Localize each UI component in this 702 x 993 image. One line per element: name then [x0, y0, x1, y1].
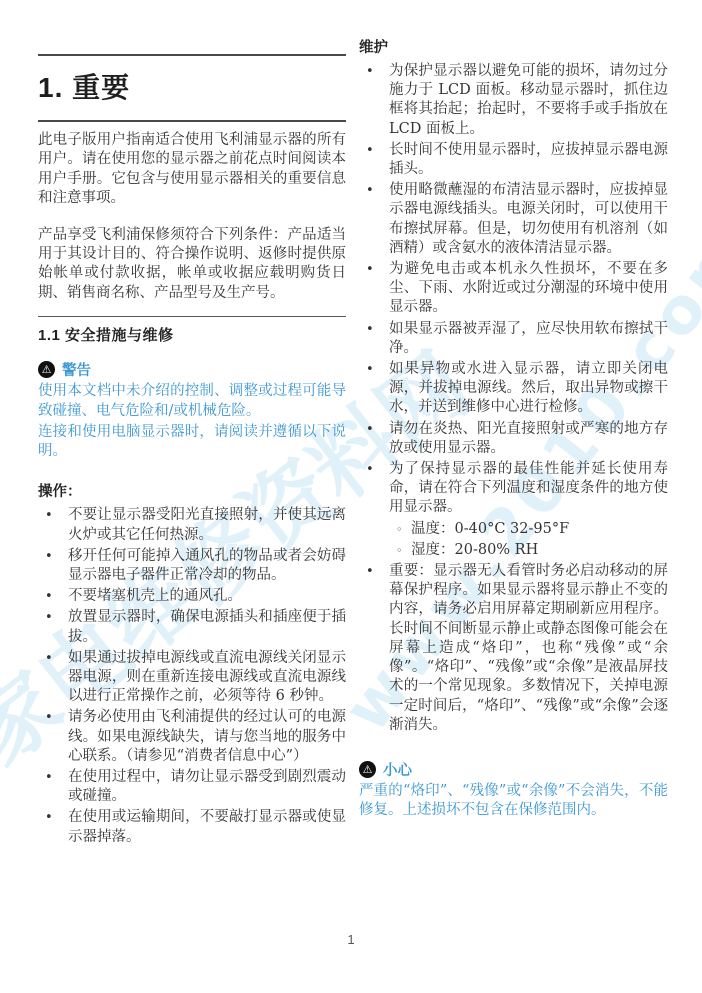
- list-item: 使用略微蘸湿的布清洁显示器时，应拔掉显示器电源线插头。电源关闭时，可以使用干布擦…: [359, 181, 668, 258]
- list-item: 如果通过拔掉电源线或直流电源线关闭显示器电源，则在重新连接电源线或直流电源线以进…: [38, 649, 346, 707]
- list-item-text: 请务必使用由飞利浦提供的经过认可的电源线。如果电源线缺失，请与您当地的服务中心联…: [68, 708, 346, 766]
- list-item-text: 移开任何可能掉入通风孔的物品或者会妨碍显示器电子器件正常冷却的物品。: [68, 547, 346, 585]
- list-item: 为了保持显示器的最佳性能并延长使用寿命，请在符合下列温度和湿度条件的地方使用显示…: [359, 460, 668, 518]
- list-item: 在使用或运输期间，不要敲打显示器或使显示器掉落。: [38, 808, 346, 846]
- bullet-marker: [359, 460, 389, 518]
- list-item: 在使用过程中，请勿让显示器受到剧烈震动或碰撞。: [38, 768, 346, 806]
- manual-page: 家电维修资料网 www.2010.com 1. 重要 此电子版用户指南适合使用飞…: [0, 0, 702, 993]
- list-item-text: 放置显示器时，确保电源插头和插座便于插拔。: [68, 608, 346, 646]
- list-item-text: 如果异物或水进入显示器，请立即关闭电源，并拔掉电源线。然后，取出异物或擦干水，并…: [389, 360, 668, 418]
- operation-heading: 操作：: [38, 480, 346, 501]
- right-column: 维护 为保护显示器以避免可能的损坏，请勿过分施力于 LCD 面板。移动显示器时，…: [359, 36, 668, 821]
- bullet-marker: [359, 320, 389, 358]
- list-item: 不要让显示器受阳光直接照射，并使其远离火炉或其它任何热源。: [38, 506, 346, 544]
- bullet-marker: [38, 808, 68, 846]
- bullet-marker: [359, 420, 389, 458]
- bullet-marker: [38, 708, 68, 766]
- list-item: 请务必使用由飞利浦提供的经过认可的电源线。如果电源线缺失，请与您当地的服务中心联…: [38, 708, 346, 766]
- chapter-title: 1. 重要: [38, 66, 346, 106]
- bullet-marker: [359, 562, 389, 735]
- caution-header: ⚠ 小心: [359, 759, 668, 780]
- warranty-paragraph: 产品享受飞利浦保修须符合下列条件：产品适当用于其设计目的、符合操作说明、返修时提…: [38, 226, 346, 304]
- list-item-text: 在使用或运输期间，不要敲打显示器或使显示器掉落。: [68, 808, 346, 846]
- list-item: 请勿在炎热、阳光直接照射或严寒的地方存放或使用显示器。: [359, 420, 668, 458]
- humidity-text: 湿度：20-80% RH: [411, 541, 668, 560]
- sub-bullet-marker: [389, 541, 411, 560]
- warning-label: 警告: [62, 359, 91, 380]
- list-item-text: 为了保持显示器的最佳性能并延长使用寿命，请在符合下列温度和湿度条件的地方使用显示…: [389, 460, 668, 518]
- list-item-text: 使用略微蘸湿的布清洁显示器时，应拔掉显示器电源线插头。电源关闭时，可以使用干布擦…: [389, 181, 668, 258]
- intro-paragraph: 此电子版用户指南适合使用飞利浦显示器的所有用户。请在使用您的显示器之前花点时间阅…: [38, 131, 346, 209]
- bullet-marker: [38, 608, 68, 646]
- list-item: 如果显示器被弄湿了，应尽快用软布擦拭干净。: [359, 320, 668, 358]
- important-text: 重要：显示器无人看管时务必启动移动的屏幕保护程序。如果显示器将显示静止不变的内容…: [389, 562, 668, 735]
- warning-text: 连接和使用电脑显示器时，请阅读并遵循以下说明。: [38, 423, 346, 462]
- caution-label: 小心: [383, 759, 412, 780]
- list-item-text: 请勿在炎热、阳光直接照射或严寒的地方存放或使用显示器。: [389, 420, 668, 458]
- page-number: 1: [0, 932, 702, 947]
- bullet-marker: [38, 506, 68, 544]
- list-item: 放置显示器时，确保电源插头和插座便于插拔。: [38, 608, 346, 646]
- bullet-marker: [359, 181, 389, 258]
- list-item-text: 不要堵塞机壳上的通风孔。: [68, 587, 346, 606]
- humidity-item: 湿度：20-80% RH: [359, 541, 668, 560]
- temperature-item: 温度：0-40°C 32-95°F: [359, 520, 668, 539]
- list-item-text: 长时间不使用显示器时，应拔掉显示器电源插头。: [389, 141, 668, 179]
- bullet-marker: [359, 62, 389, 139]
- list-item: 为避免电击或本机永久性损坏，不要在多尘、下雨、水附近或过分潮湿的环境中使用显示器…: [359, 260, 668, 318]
- bullet-marker: [38, 649, 68, 707]
- operation-list: 不要让显示器受阳光直接照射，并使其远离火炉或其它任何热源。 移开任何可能掉入通风…: [38, 506, 346, 846]
- bullet-marker: [38, 768, 68, 806]
- sub-bullet-marker: [389, 520, 411, 539]
- list-item-text: 为保护显示器以避免可能的损坏，请勿过分施力于 LCD 面板。移动显示器时，抓住边…: [389, 62, 668, 139]
- warning-text: 使用本文档中未介绍的控制、调整或过程可能导致碰撞、电气危险和/或机械危险。: [38, 382, 346, 421]
- left-column: 1. 重要 此电子版用户指南适合使用飞利浦显示器的所有用户。请在使用您的显示器之…: [38, 54, 346, 847]
- bullet-marker: [38, 587, 68, 606]
- list-item: 移开任何可能掉入通风孔的物品或者会妨碍显示器电子器件正常冷却的物品。: [38, 547, 346, 585]
- caution-icon: ⚠: [359, 761, 376, 778]
- warning-icon: ⚠: [38, 361, 55, 378]
- list-item-text: 如果通过拔掉电源线或直流电源线关闭显示器电源，则在重新连接电源线或直流电源线以进…: [68, 649, 346, 707]
- maintenance-heading: 维护: [359, 36, 668, 57]
- bullet-marker: [359, 260, 389, 318]
- bullet-marker: [359, 141, 389, 179]
- bullet-marker: [359, 360, 389, 418]
- list-item: 为保护显示器以避免可能的损坏，请勿过分施力于 LCD 面板。移动显示器时，抓住边…: [359, 62, 668, 139]
- bullet-marker: [38, 547, 68, 585]
- maintenance-list: 为保护显示器以避免可能的损坏，请勿过分施力于 LCD 面板。移动显示器时，抓住边…: [359, 62, 668, 735]
- list-item-text: 不要让显示器受阳光直接照射，并使其远离火炉或其它任何热源。: [68, 506, 346, 544]
- list-item-text: 如果显示器被弄湿了，应尽快用软布擦拭干净。: [389, 320, 668, 358]
- list-item: 长时间不使用显示器时，应拔掉显示器电源插头。: [359, 141, 668, 179]
- section-divider: [38, 316, 346, 317]
- chapter-title-block: 1. 重要: [38, 54, 346, 122]
- temperature-text: 温度：0-40°C 32-95°F: [411, 520, 668, 539]
- warning-header: ⚠ 警告: [38, 359, 346, 380]
- caution-text: 严重的“烙印”、“残像”或“余像”不会消失，不能修复。上述损坏不包含在保修范围内…: [359, 782, 668, 821]
- important-item: 重要：显示器无人看管时务必启动移动的屏幕保护程序。如果显示器将显示静止不变的内容…: [359, 562, 668, 735]
- list-item: 如果异物或水进入显示器，请立即关闭电源，并拔掉电源线。然后，取出异物或擦干水，并…: [359, 360, 668, 418]
- section-title: 1.1 安全措施与维修: [38, 324, 346, 345]
- list-item-text: 在使用过程中，请勿让显示器受到剧烈震动或碰撞。: [68, 768, 346, 806]
- list-item-text: 为避免电击或本机永久性损坏，不要在多尘、下雨、水附近或过分潮湿的环境中使用显示器…: [389, 260, 668, 318]
- list-item: 不要堵塞机壳上的通风孔。: [38, 587, 346, 606]
